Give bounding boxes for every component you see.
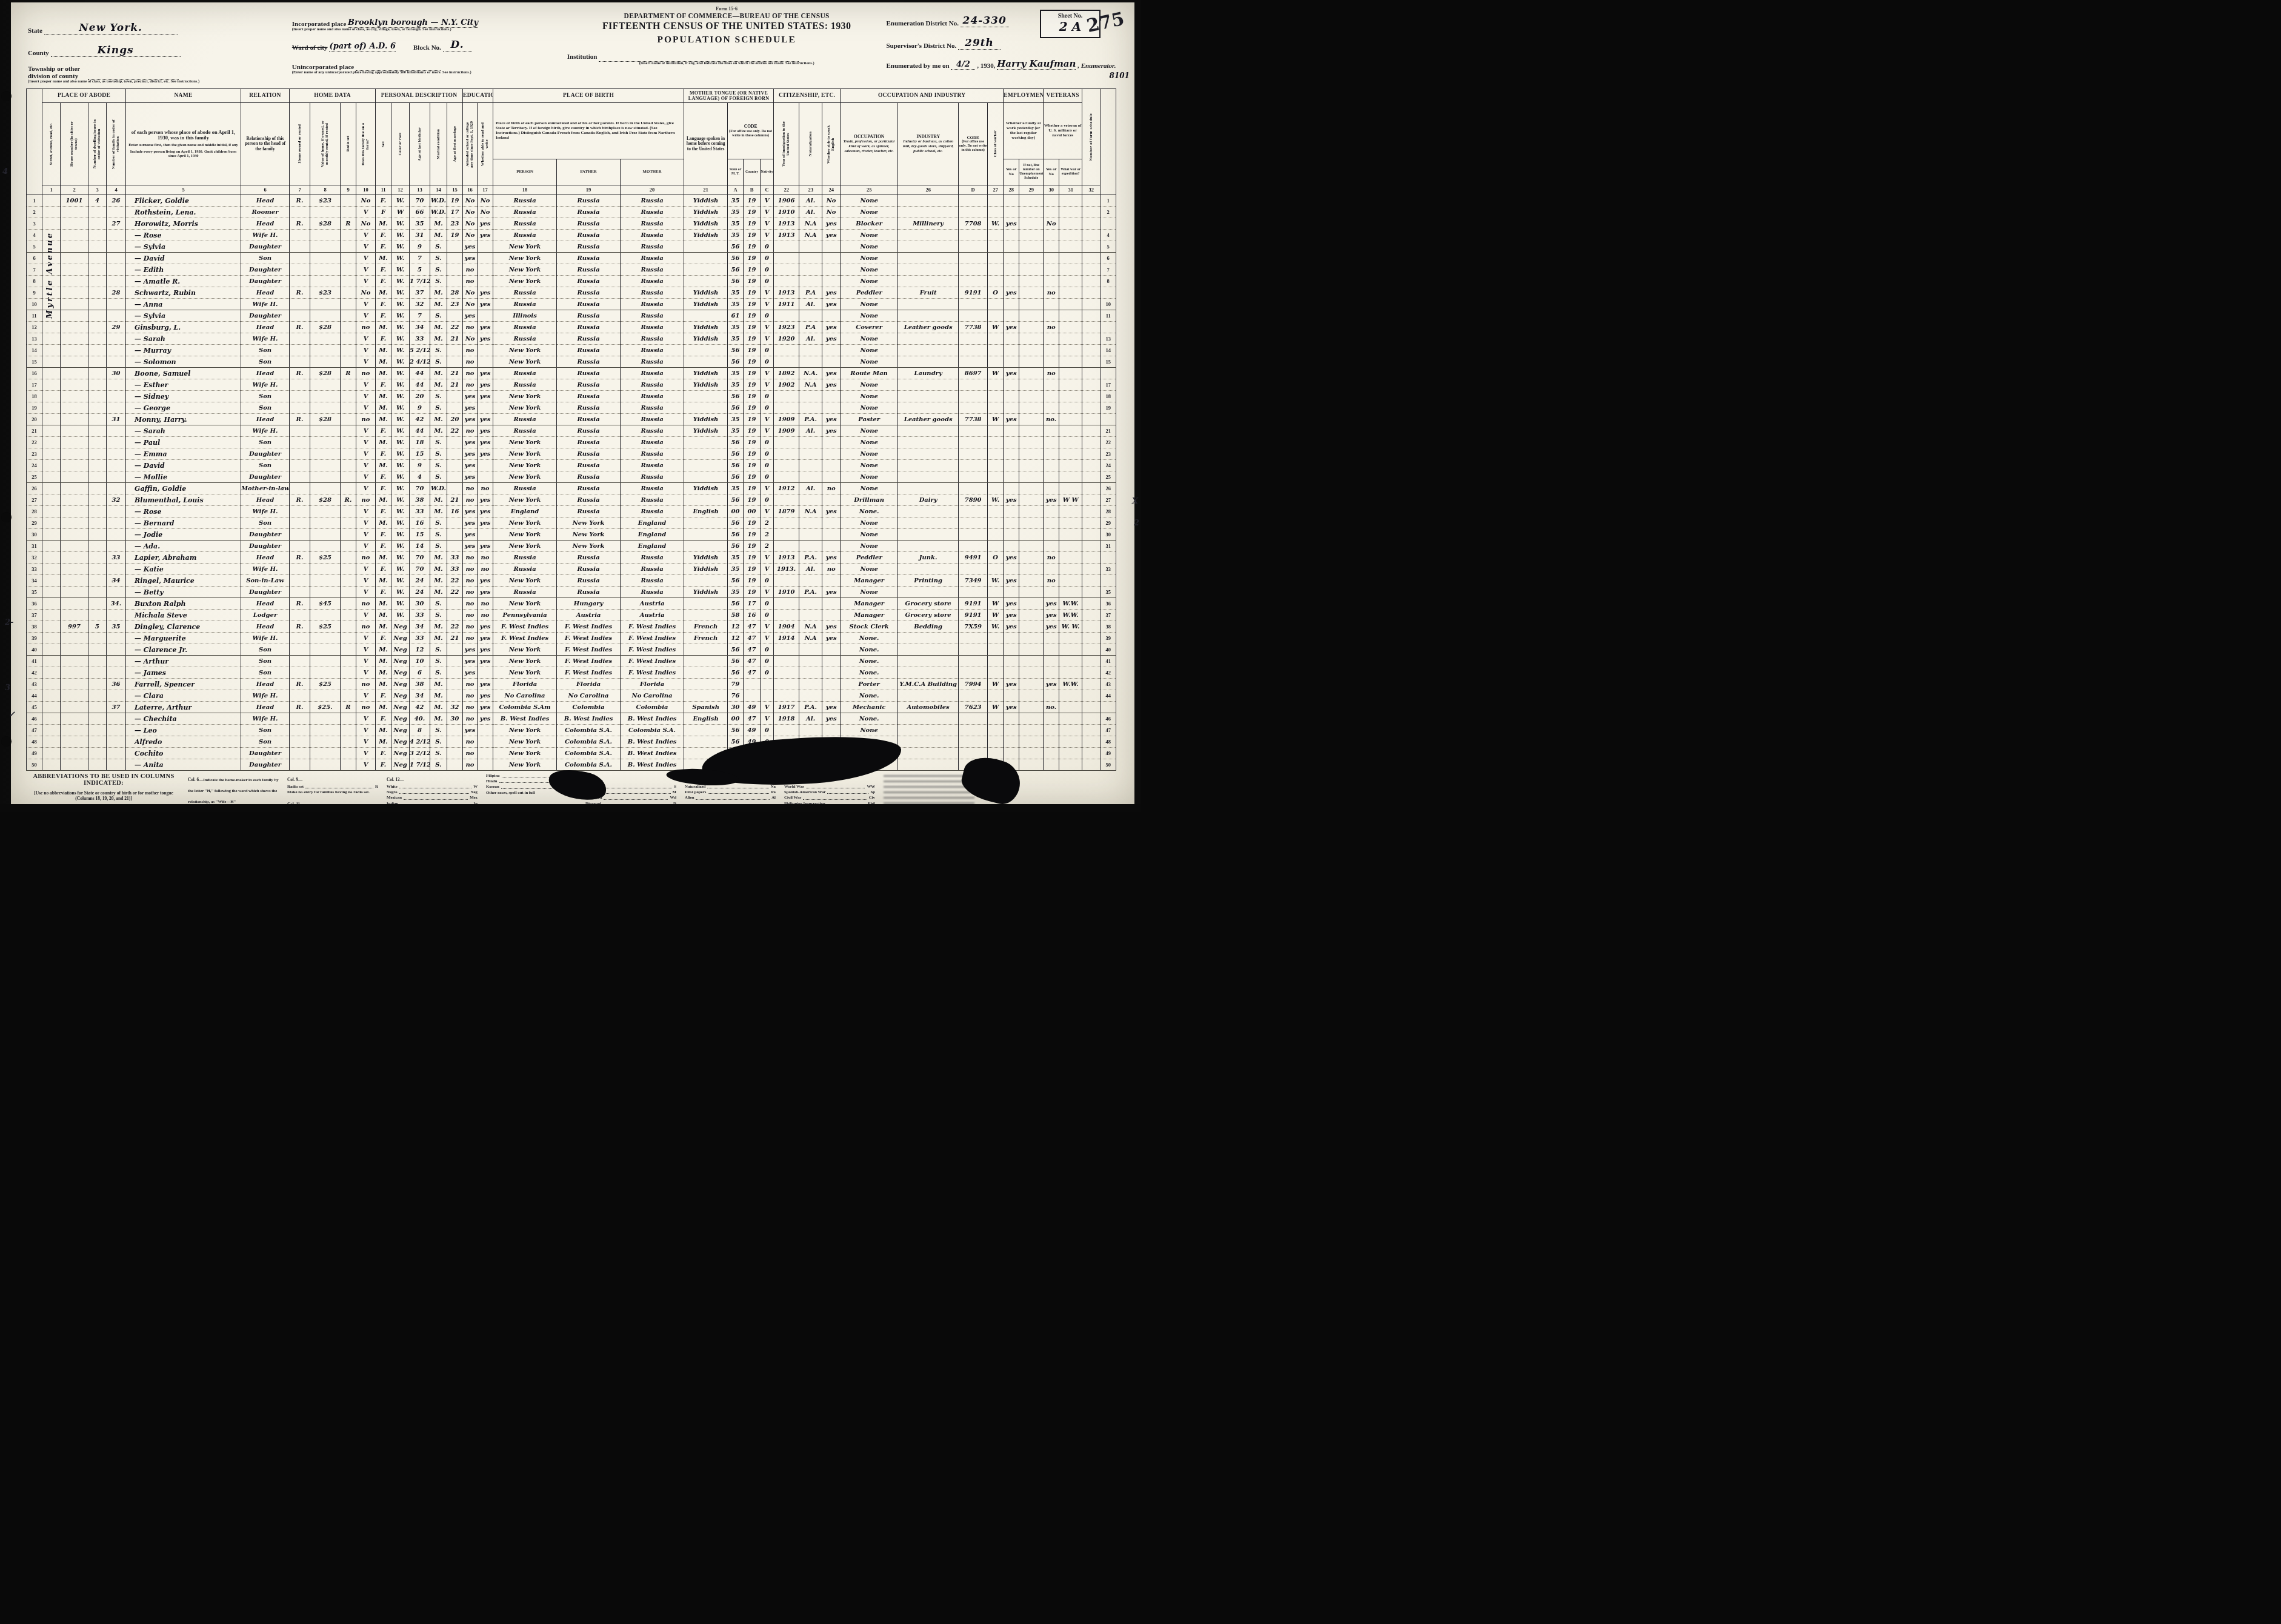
cell-line-left: 3 [27, 218, 42, 230]
cell-age: 33 [410, 610, 430, 621]
cell-relation: Lodger [241, 610, 290, 621]
col-sex: Sex [376, 103, 391, 185]
cell-radio-set [341, 230, 356, 241]
col-code-d: CODE (For office use only. Do not write … [959, 103, 988, 185]
cell-marital: M. [430, 425, 447, 437]
cell-line-right: 25 [1101, 471, 1116, 483]
cell-street [42, 736, 61, 748]
col-number-4: 4 [107, 185, 126, 195]
cell-line-left: 34 [27, 575, 42, 587]
cell-radio-set [341, 391, 356, 402]
table-row: 4336Farrell, SpencerHeadR.$25noM.Neg38M.… [27, 679, 1116, 690]
col-number-B: B [744, 185, 761, 195]
schedule-title: POPULATION SCHEDULE [567, 34, 887, 45]
cell-code-d [959, 529, 988, 541]
cell-age-married [447, 437, 463, 448]
cell-age: 1 7/12 [410, 759, 430, 771]
cell-unemployment-line [1019, 713, 1044, 725]
cell-mother-tongue [684, 517, 728, 529]
cell-code-d [959, 517, 988, 529]
cell-sex: M. [376, 437, 391, 448]
cell-code-b: 47 [744, 667, 761, 679]
cell-sex: M. [376, 610, 391, 621]
cell-occupation: Mechanic [841, 702, 898, 713]
cell-naturalization [799, 241, 822, 253]
cell-speaks-english [822, 241, 841, 253]
cell-farm: no [356, 621, 376, 633]
cell-marital: M. [430, 333, 447, 345]
cell-industry [898, 633, 959, 644]
cell-read-write [478, 402, 493, 414]
cell-immigration-year [774, 345, 799, 356]
cell-marital: S. [430, 460, 447, 471]
cell-line-right: 22 [1101, 437, 1116, 448]
cell-home-value [310, 667, 341, 679]
cell-class-of-worker [988, 506, 1004, 517]
cell-name: Monny, Harry. [126, 414, 241, 425]
cell-family-number [107, 656, 126, 667]
cell-code-d [959, 587, 988, 598]
group-veterans: VETERANS [1044, 89, 1082, 103]
cell-code-a: 00 [728, 506, 744, 517]
dotted-leader [708, 790, 769, 794]
col-number-27: 27 [988, 185, 1004, 195]
cell-unemployment-line [1019, 471, 1044, 483]
cell-farm: V [356, 448, 376, 460]
county-label: County [28, 50, 49, 57]
cell-industry [898, 713, 959, 725]
cell-naturalization [799, 437, 822, 448]
cell-house-number [61, 276, 88, 287]
cell-code-c: 0 [761, 402, 774, 414]
cell-farm: V [356, 333, 376, 345]
cell-birthplace-person: New York [493, 241, 557, 253]
cell-home-owned: R. [290, 702, 310, 713]
cell-house-number [61, 287, 88, 299]
cell-street [42, 195, 61, 207]
cell-color-race: W. [391, 402, 410, 414]
cell-mother-tongue [684, 644, 728, 656]
cell-age-married [447, 690, 463, 702]
cell-immigration-year [774, 391, 799, 402]
cell-code-c: 0 [761, 575, 774, 587]
cell-street [42, 679, 61, 690]
cell-occupation: Manager [841, 598, 898, 610]
cell-age-married [447, 541, 463, 552]
table-row: 31— Ada.DaughterVF.W.14S.yesyesNew YorkN… [27, 541, 1116, 552]
cell-line-right: 42 [1101, 667, 1116, 679]
cell-worked-yesterday: yes [1004, 322, 1019, 333]
cell-unemployment-line [1019, 621, 1044, 633]
cell-occupation: None [841, 310, 898, 322]
cell-immigration-year [774, 402, 799, 414]
group-personal-description: PERSONAL DESCRIPTION [376, 89, 463, 103]
col-number-A: A [728, 185, 744, 195]
cell-class-of-worker [988, 471, 1004, 483]
cell-code-d [959, 345, 988, 356]
cell-code-b: 49 [744, 725, 761, 736]
cell-code-d [959, 725, 988, 736]
cell-code-a: 35 [728, 218, 744, 230]
cell-farm: V [356, 345, 376, 356]
cell-line-left: 4 [27, 230, 42, 241]
cell-farm: V [356, 230, 376, 241]
cell-read-write: yes [478, 230, 493, 241]
cell-marital: M. [430, 587, 447, 598]
cell-school: no [463, 356, 478, 368]
col-number-19: 19 [557, 185, 621, 195]
cell-mother-tongue: Yiddish [684, 414, 728, 425]
cell-age-married [447, 241, 463, 253]
cell-radio-set [341, 322, 356, 333]
cell-radio-set [341, 610, 356, 621]
cell-line-left: 9 [27, 287, 42, 299]
cell-house-number [61, 633, 88, 644]
cell-dwelling-number [88, 552, 107, 564]
cell-family-number [107, 356, 126, 368]
cell-worked-yesterday: yes [1004, 494, 1019, 506]
cell-age-married [447, 679, 463, 690]
cell-farm-schedule [1082, 633, 1101, 644]
cell-sex: F. [376, 425, 391, 437]
cell-occupation: None [841, 437, 898, 448]
cell-line-right: 15 [1101, 356, 1116, 368]
cell-house-number [61, 679, 88, 690]
cell-home-owned [290, 264, 310, 276]
cell-immigration-year: 1879 [774, 506, 799, 517]
cell-industry: Dairy [898, 494, 959, 506]
cell-school: no [463, 621, 478, 633]
group-place-of-birth: PLACE OF BIRTH [493, 89, 684, 103]
cell-home-owned [290, 402, 310, 414]
abbreviation-heading: Col. 6— [188, 777, 203, 782]
cell-farm-schedule [1082, 368, 1101, 379]
cell-veteran: no [1044, 287, 1059, 299]
cell-occupation: None [841, 725, 898, 736]
cell-code-b: 49 [744, 702, 761, 713]
cell-occupation: Peddler [841, 287, 898, 299]
cell-code-a: 56 [728, 241, 744, 253]
col-number-3: 3 [88, 185, 107, 195]
cell-farm-schedule [1082, 587, 1101, 598]
cell-occupation: None [841, 379, 898, 391]
col-home-value: Value of home, if owned, or monthly rent… [310, 103, 341, 185]
cell-immigration-year: 1923 [774, 322, 799, 333]
cell-relation: Wife H. [241, 230, 290, 241]
cell-radio-set [341, 195, 356, 207]
cell-street [42, 587, 61, 598]
cell-family-number: 33 [107, 552, 126, 564]
cell-family-number [107, 276, 126, 287]
cell-school: no [463, 598, 478, 610]
cell-farm-schedule [1082, 610, 1101, 621]
cell-worked-yesterday [1004, 333, 1019, 345]
cell-code-c: 0 [761, 276, 774, 287]
cell-family-number: 3̶4̶ [107, 575, 126, 587]
cell-family-number [107, 633, 126, 644]
cell-age: 38 [410, 679, 430, 690]
cell-immigration-year: 1917 [774, 702, 799, 713]
cell-line-right [1101, 287, 1116, 299]
cell-code-b: 19 [744, 207, 761, 218]
cell-naturalization [799, 725, 822, 736]
cell-industry [898, 276, 959, 287]
cell-color-race: W. [391, 368, 410, 379]
cell-code-a: 35 [728, 552, 744, 564]
cell-name: Gaffin, Goldie [126, 483, 241, 494]
cell-color-race: Neg [391, 725, 410, 736]
cell-worked-yesterday [1004, 264, 1019, 276]
cell-war [1059, 541, 1082, 552]
cell-veteran: yes [1044, 598, 1059, 610]
cell-age: 5 2/12 [410, 345, 430, 356]
cell-mother-tongue [684, 241, 728, 253]
col-read-write: Whether able to read and write [478, 103, 493, 185]
cell-code-b: 19 [744, 379, 761, 391]
cell-dwelling-number [88, 391, 107, 402]
table-row: 41— ArthurSonVM.Neg10S.yesyesNew YorkF. … [27, 656, 1116, 667]
scan-edge-bottom [0, 804, 1140, 812]
cell-veteran: no. [1044, 702, 1059, 713]
cell-worked-yesterday [1004, 391, 1019, 402]
cell-color-race: Neg [391, 748, 410, 759]
cell-house-number [61, 299, 88, 310]
cell-speaks-english [822, 656, 841, 667]
cell-farm: V [356, 483, 376, 494]
cell-occupation: None [841, 448, 898, 460]
cell-farm-schedule [1082, 402, 1101, 414]
cell-home-owned [290, 207, 310, 218]
cell-code-a: 56 [728, 460, 744, 471]
table-row: 42— JamesSonVM.Neg6S.yesNew YorkF. West … [27, 667, 1116, 679]
abbreviation-code: Sp [870, 790, 875, 795]
cell-mother-tongue [684, 264, 728, 276]
cell-age: 33 [410, 333, 430, 345]
cell-farm: No [356, 195, 376, 207]
cell-dwelling-number [88, 587, 107, 598]
cell-code-c: 0 [761, 725, 774, 736]
cell-home-owned [290, 587, 310, 598]
cell-birthplace-person: New York [493, 460, 557, 471]
cell-radio-set: R [341, 218, 356, 230]
cell-veteran [1044, 448, 1059, 460]
cell-relation: Son [241, 517, 290, 529]
abbreviation-pair: NaturalizedNa [685, 784, 776, 790]
cell-family-number [107, 230, 126, 241]
cell-home-value: $25 [310, 621, 341, 633]
cell-line-left: 16 [27, 368, 42, 379]
cell-street [42, 644, 61, 656]
cell-veteran [1044, 541, 1059, 552]
cell-marital: M. [430, 552, 447, 564]
cell-code-b: 16 [744, 610, 761, 621]
cell-line-left: 21 [27, 425, 42, 437]
col-age-married: Age at first marriage [447, 103, 463, 185]
cell-home-value [310, 690, 341, 702]
cell-school: yes [463, 437, 478, 448]
cell-mother-tongue: Yiddish [684, 368, 728, 379]
cell-age-married [447, 610, 463, 621]
cell-immigration-year: 1913 [774, 230, 799, 241]
col-marital: Marital condition [430, 103, 447, 185]
cell-age-married [447, 736, 463, 748]
cell-name: — Marguerite [126, 633, 241, 644]
cell-war [1059, 253, 1082, 264]
cell-code-c: V [761, 322, 774, 333]
cell-name: Michala Steve [126, 610, 241, 621]
cell-class-of-worker [988, 517, 1004, 529]
cell-street [42, 541, 61, 552]
col-farm: Does this family live on a farm? [356, 103, 376, 185]
cell-code-c: V [761, 368, 774, 379]
cell-immigration-year [774, 644, 799, 656]
cell-read-write [478, 253, 493, 264]
cell-mother-tongue: Yiddish [684, 483, 728, 494]
cell-line-right: 13 [1101, 333, 1116, 345]
punch-hole-3 [1, 736, 12, 747]
dotted-leader [827, 790, 868, 794]
cell-veteran [1044, 736, 1059, 748]
cell-marital: S. [430, 748, 447, 759]
cell-immigration-year [774, 598, 799, 610]
cell-home-value: $25. [310, 702, 341, 713]
cell-line-right: 40 [1101, 644, 1116, 656]
cell-immigration-year: 1909 [774, 414, 799, 425]
col-home-owned: Home owned or rented [290, 103, 310, 185]
cell-home-value: $23 [310, 287, 341, 299]
cell-home-value [310, 471, 341, 483]
cell-street [42, 702, 61, 713]
cell-farm-schedule [1082, 679, 1101, 690]
cell-sex: F. [376, 759, 391, 771]
cell-farm: no [356, 679, 376, 690]
cell-marital: S. [430, 264, 447, 276]
cell-school: no [463, 564, 478, 575]
cell-read-write: yes [478, 425, 493, 437]
cell-industry [898, 667, 959, 679]
group-header-row: PLACE OF ABODE NAME RELATION HOME DATA P… [27, 89, 1116, 103]
cell-line-left: 17 [27, 379, 42, 391]
cell-read-write [478, 759, 493, 771]
cell-birthplace-father: Austria [557, 610, 621, 621]
cell-industry: Y.M.C.A Building [898, 679, 959, 690]
cell-war [1059, 471, 1082, 483]
cell-mother-tongue [684, 253, 728, 264]
cell-speaks-english [822, 690, 841, 702]
cell-occupation: None [841, 333, 898, 345]
cell-dwelling-number [88, 253, 107, 264]
cell-industry: Leather goods [898, 414, 959, 425]
cell-unemployment-line [1019, 644, 1044, 656]
cell-street [42, 506, 61, 517]
cell-class-of-worker [988, 333, 1004, 345]
group-name: NAME [126, 89, 241, 103]
cell-birthplace-father: Russia [557, 448, 621, 460]
cell-war [1059, 759, 1082, 771]
cell-age-married: 28 [447, 287, 463, 299]
cell-color-race: W. [391, 356, 410, 368]
cell-worked-yesterday [1004, 379, 1019, 391]
cell-birthplace-mother: Russia [621, 253, 684, 264]
cell-relation: Son [241, 402, 290, 414]
cell-mother-tongue: Yiddish [684, 425, 728, 437]
cell-code-a: 79 [728, 679, 744, 690]
cell-age: 14 [410, 541, 430, 552]
cell-farm: V [356, 437, 376, 448]
cell-birthplace-father: Colombia S.A. [557, 759, 621, 771]
cell-birthplace-mother: F. West Indies [621, 656, 684, 667]
enumerator-label: , Enumerator. [1077, 62, 1116, 70]
cell-line-right: 31 [1101, 541, 1116, 552]
cell-unemployment-line [1019, 425, 1044, 437]
cell-radio-set [341, 713, 356, 725]
cell-line-left: 47 [27, 725, 42, 736]
cell-read-write: No [478, 207, 493, 218]
cell-family-number [107, 310, 126, 322]
table-row: 29— BernardSonVM.W.16S.yesyesNew YorkNew… [27, 517, 1116, 529]
cell-industry [898, 379, 959, 391]
cell-birthplace-father: Russia [557, 460, 621, 471]
cell-age-married [447, 667, 463, 679]
cell-birthplace-father: Russia [557, 587, 621, 598]
cell-worked-yesterday [1004, 230, 1019, 241]
cell-birthplace-father: Russia [557, 471, 621, 483]
cell-farm-schedule [1082, 564, 1101, 575]
cell-code-d [959, 541, 988, 552]
cell-line-left: 29 [27, 517, 42, 529]
cell-farm: V [356, 253, 376, 264]
cell-age-married [447, 391, 463, 402]
cell-dwelling-number [88, 356, 107, 368]
cell-line-right: 41 [1101, 656, 1116, 667]
cell-birthplace-father: Russia [557, 195, 621, 207]
cell-marital: M. [430, 414, 447, 425]
cell-code-b: 19 [744, 253, 761, 264]
cell-color-race: W. [391, 379, 410, 391]
cell-naturalization [799, 460, 822, 471]
cell-speaks-english [822, 541, 841, 552]
cell-war [1059, 425, 1082, 437]
cell-color-race: W. [391, 299, 410, 310]
cell-birthplace-mother: Russia [621, 368, 684, 379]
cell-birthplace-person: Russia [493, 322, 557, 333]
cell-color-race: W. [391, 391, 410, 402]
cell-worked-yesterday: yes [1004, 552, 1019, 564]
cell-code-a: 56 [728, 356, 744, 368]
cell-house-number [61, 667, 88, 679]
cell-mother-tongue: Yiddish [684, 207, 728, 218]
cell-school: no [463, 322, 478, 333]
col-code-b: Country [744, 159, 761, 185]
col-street: Street, avenue, road, etc. [42, 103, 61, 185]
col-number-11: 11 [376, 185, 391, 195]
cell-name: — Clara [126, 690, 241, 702]
cell-sex: M. [376, 552, 391, 564]
cell-unemployment-line [1019, 368, 1044, 379]
cell-speaks-english [822, 644, 841, 656]
cell-street [42, 725, 61, 736]
cell-birthplace-father: Russia [557, 483, 621, 494]
cell-family-number: 27 [107, 218, 126, 230]
cell-mother-tongue [684, 575, 728, 587]
cell-line-left: 14 [27, 345, 42, 356]
cell-immigration-year [774, 241, 799, 253]
cell-immigration-year [774, 690, 799, 702]
cell-house-number [61, 575, 88, 587]
cell-industry [898, 736, 959, 748]
cell-occupation: None [841, 207, 898, 218]
cell-farm-schedule [1082, 460, 1101, 471]
